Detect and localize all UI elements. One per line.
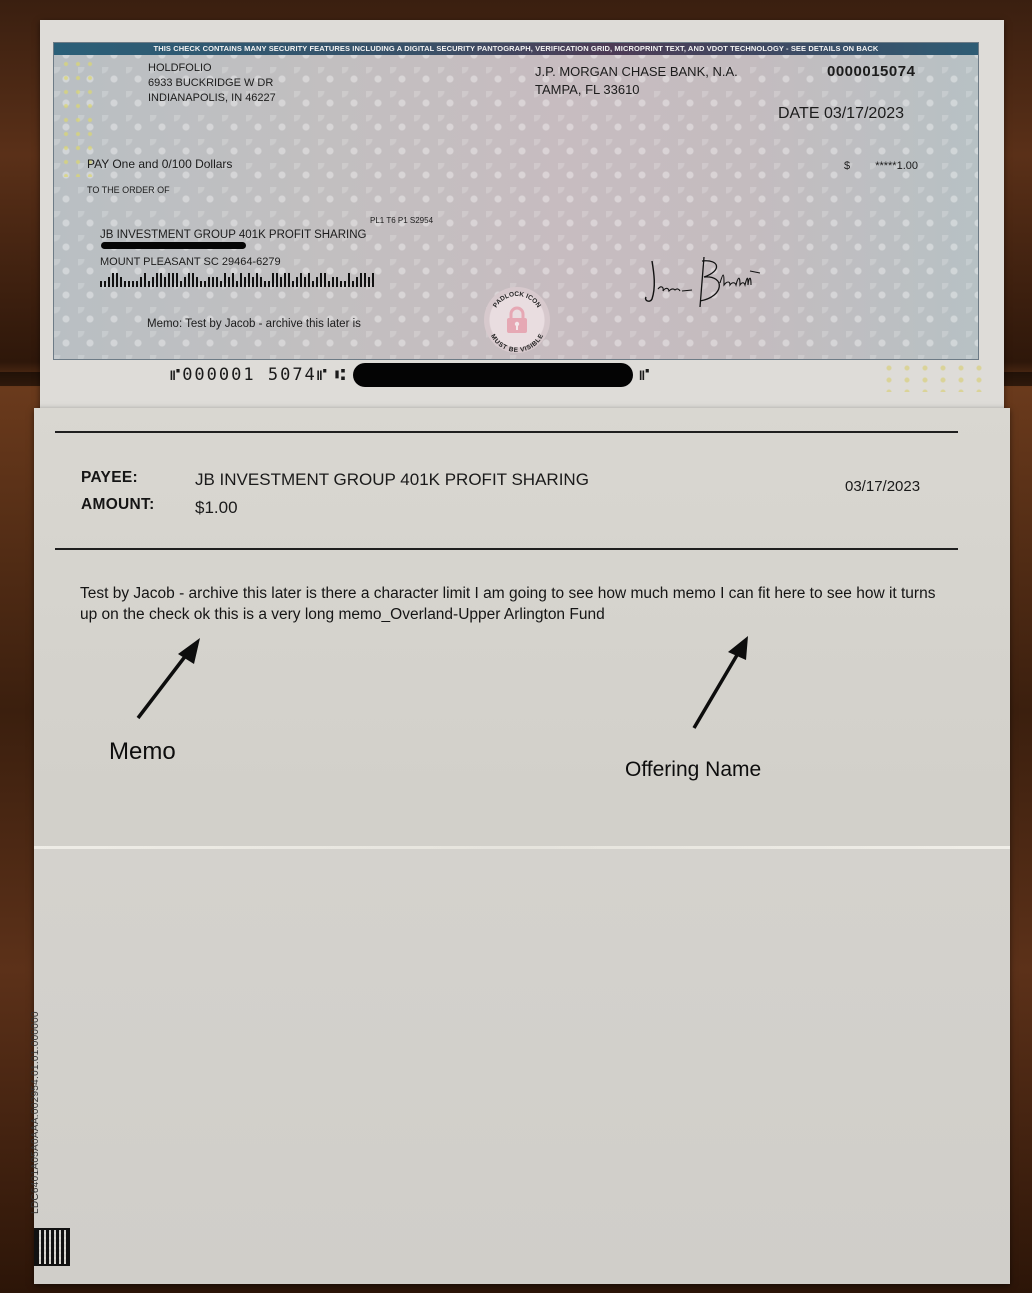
- barcode-bar: [300, 273, 302, 287]
- barcode-bar: [152, 277, 154, 287]
- barcode-bar: [228, 277, 230, 287]
- payer-name: HOLDFOLIO: [148, 61, 276, 76]
- barcode-bar: [204, 281, 206, 287]
- redacted-address: [101, 242, 246, 249]
- barcode-bar: [136, 281, 138, 287]
- date-label: DATE: [778, 105, 819, 122]
- barcode-bar: [308, 273, 310, 287]
- form-code: LDC6401A05A0AAA.002954.01.01.000000: [30, 1011, 41, 1214]
- date-value: 03/17/2023: [824, 105, 904, 122]
- barcode-bar: [104, 281, 106, 287]
- barcode-bar: [160, 273, 162, 287]
- offering-annotation-label: Offering Name: [625, 758, 761, 782]
- route-code: PL1 T6 P1 S2954: [370, 216, 433, 225]
- barcode-bar: [236, 281, 238, 287]
- barcode-bar: [292, 281, 294, 287]
- barcode-bar: [184, 277, 186, 287]
- barcode-bar: [268, 281, 270, 287]
- stub-memo-text: Test by Jacob - archive this later is th…: [80, 583, 950, 625]
- barcode-bar: [232, 273, 234, 287]
- barcode-bar: [360, 273, 362, 287]
- barcode-bar: [112, 273, 114, 287]
- stub-bottom-rule: [55, 548, 958, 550]
- pay-line: PAY One and 0/100 Dollars: [87, 157, 232, 171]
- bank-city: TAMPA, FL 33610: [535, 81, 738, 99]
- barcode-bar: [324, 273, 326, 287]
- barcode-bar: [248, 273, 250, 287]
- barcode-bar: [212, 277, 214, 287]
- seal-ring-text: PADLOCK ICON MUST BE VISIBLE: [484, 287, 550, 353]
- stub-top-rule: [55, 431, 958, 433]
- barcode-bar: [284, 273, 286, 287]
- barcode-bar: [312, 281, 314, 287]
- bank-block: J.P. MORGAN CHASE BANK, N.A. TAMPA, FL 3…: [535, 63, 738, 99]
- dollar-sign: $: [844, 160, 850, 172]
- barcode-bar: [168, 273, 170, 287]
- amount-value: *****1.00: [875, 160, 918, 172]
- barcode-bar: [356, 277, 358, 287]
- barcode-bar: [120, 277, 122, 287]
- barcode-bar: [320, 273, 322, 287]
- paper-fold-line: [34, 846, 1010, 849]
- memo-arrow-icon: [130, 636, 210, 726]
- micr-routing-symbol: ⑆: [335, 365, 347, 385]
- barcode-bar: [264, 281, 266, 287]
- padlock-seal: PADLOCK ICON MUST BE VISIBLE: [484, 287, 550, 353]
- check-face: THIS CHECK CONTAINS MANY SECURITY FEATUR…: [53, 42, 979, 360]
- stub-amount-label: AMOUNT:: [81, 496, 155, 514]
- barcode-bar: [296, 277, 298, 287]
- barcode-bar: [140, 277, 142, 287]
- security-banner: THIS CHECK CONTAINS MANY SECURITY FEATUR…: [54, 43, 978, 55]
- barcode-bar: [124, 281, 126, 287]
- barcode-bar: [304, 277, 306, 287]
- qr-code-icon: [34, 1228, 70, 1266]
- barcode-bar: [244, 277, 246, 287]
- barcode-bar: [348, 273, 350, 287]
- barcode-bar: [280, 277, 282, 287]
- postal-barcode: [100, 271, 416, 287]
- barcode-bar: [108, 277, 110, 287]
- stub-date: 03/17/2023: [845, 478, 920, 495]
- check-number: 0000015074: [827, 63, 915, 80]
- barcode-bar: [220, 281, 222, 287]
- barcode-bar: [156, 273, 158, 287]
- barcode-bar: [192, 273, 194, 287]
- barcode-bar: [164, 277, 166, 287]
- lower-fold-panel: [34, 849, 1010, 1284]
- barcode-bar: [316, 277, 318, 287]
- barcode-bar: [344, 281, 346, 287]
- barcode-bar: [272, 273, 274, 287]
- payer-block: HOLDFOLIO 6933 BUCKRIDGE W DR INDIANAPOL…: [148, 61, 276, 106]
- barcode-bar: [200, 281, 202, 287]
- barcode-bar: [144, 273, 146, 287]
- barcode-bar: [172, 273, 174, 287]
- stub-amount-value: $1.00: [195, 498, 238, 518]
- amount-box: $ *****1.00: [844, 160, 918, 172]
- memo-annotation-label: Memo: [109, 738, 176, 766]
- barcode-bar: [372, 273, 374, 287]
- barcode-bar: [128, 281, 130, 287]
- barcode-bar: [328, 281, 330, 287]
- barcode-bar: [352, 281, 354, 287]
- barcode-bar: [340, 281, 342, 287]
- payer-address-line2: INDIANAPOLIS, IN 46227: [148, 91, 276, 106]
- svg-text:MUST BE VISIBLE: MUST BE VISIBLE: [489, 332, 545, 353]
- barcode-bar: [208, 277, 210, 287]
- barcode-bar: [260, 277, 262, 287]
- vdot-security-dots-right: [880, 362, 990, 392]
- barcode-bar: [364, 273, 366, 287]
- stub-payee-label: PAYEE:: [81, 469, 138, 487]
- barcode-bar: [256, 273, 258, 287]
- barcode-bar: [180, 281, 182, 287]
- payer-address-line1: 6933 BUCKRIDGE W DR: [148, 76, 276, 91]
- barcode-bar: [100, 281, 102, 287]
- barcode-bar: [116, 273, 118, 287]
- micr-line: ⑈000001 5074⑈ ⑆ ⑈: [170, 363, 651, 387]
- payee-name: JB INVESTMENT GROUP 401K PROFIT SHARING: [100, 229, 366, 241]
- payee-city: MOUNT PLEASANT SC 29464-6279: [100, 256, 281, 268]
- barcode-bar: [196, 277, 198, 287]
- barcode-bar: [332, 277, 334, 287]
- barcode-bar: [176, 273, 178, 287]
- barcode-bar: [224, 273, 226, 287]
- barcode-bar: [336, 277, 338, 287]
- order-label: TO THE ORDER OF: [87, 185, 170, 195]
- barcode-bar: [188, 273, 190, 287]
- check-memo: Memo: Test by Jacob - archive this later…: [147, 318, 361, 330]
- bank-name: J.P. MORGAN CHASE BANK, N.A.: [535, 63, 738, 81]
- redacted-account-number: [353, 363, 633, 387]
- micr-check-number: ⑈000001 5074⑈: [170, 365, 329, 385]
- barcode-bar: [252, 277, 254, 287]
- svg-text:PADLOCK ICON: PADLOCK ICON: [492, 291, 542, 309]
- micr-suffix: ⑈: [639, 365, 651, 385]
- barcode-bar: [368, 277, 370, 287]
- barcode-bar: [240, 273, 242, 287]
- offering-arrow-icon: [688, 634, 758, 734]
- barcode-bar: [148, 281, 150, 287]
- barcode-bar: [132, 281, 134, 287]
- signature: [642, 253, 772, 313]
- barcode-bar: [288, 273, 290, 287]
- barcode-bar: [216, 277, 218, 287]
- stub-payee-value: JB INVESTMENT GROUP 401K PROFIT SHARING: [195, 470, 589, 490]
- check-date: DATE 03/17/2023: [778, 105, 904, 123]
- barcode-bar: [276, 273, 278, 287]
